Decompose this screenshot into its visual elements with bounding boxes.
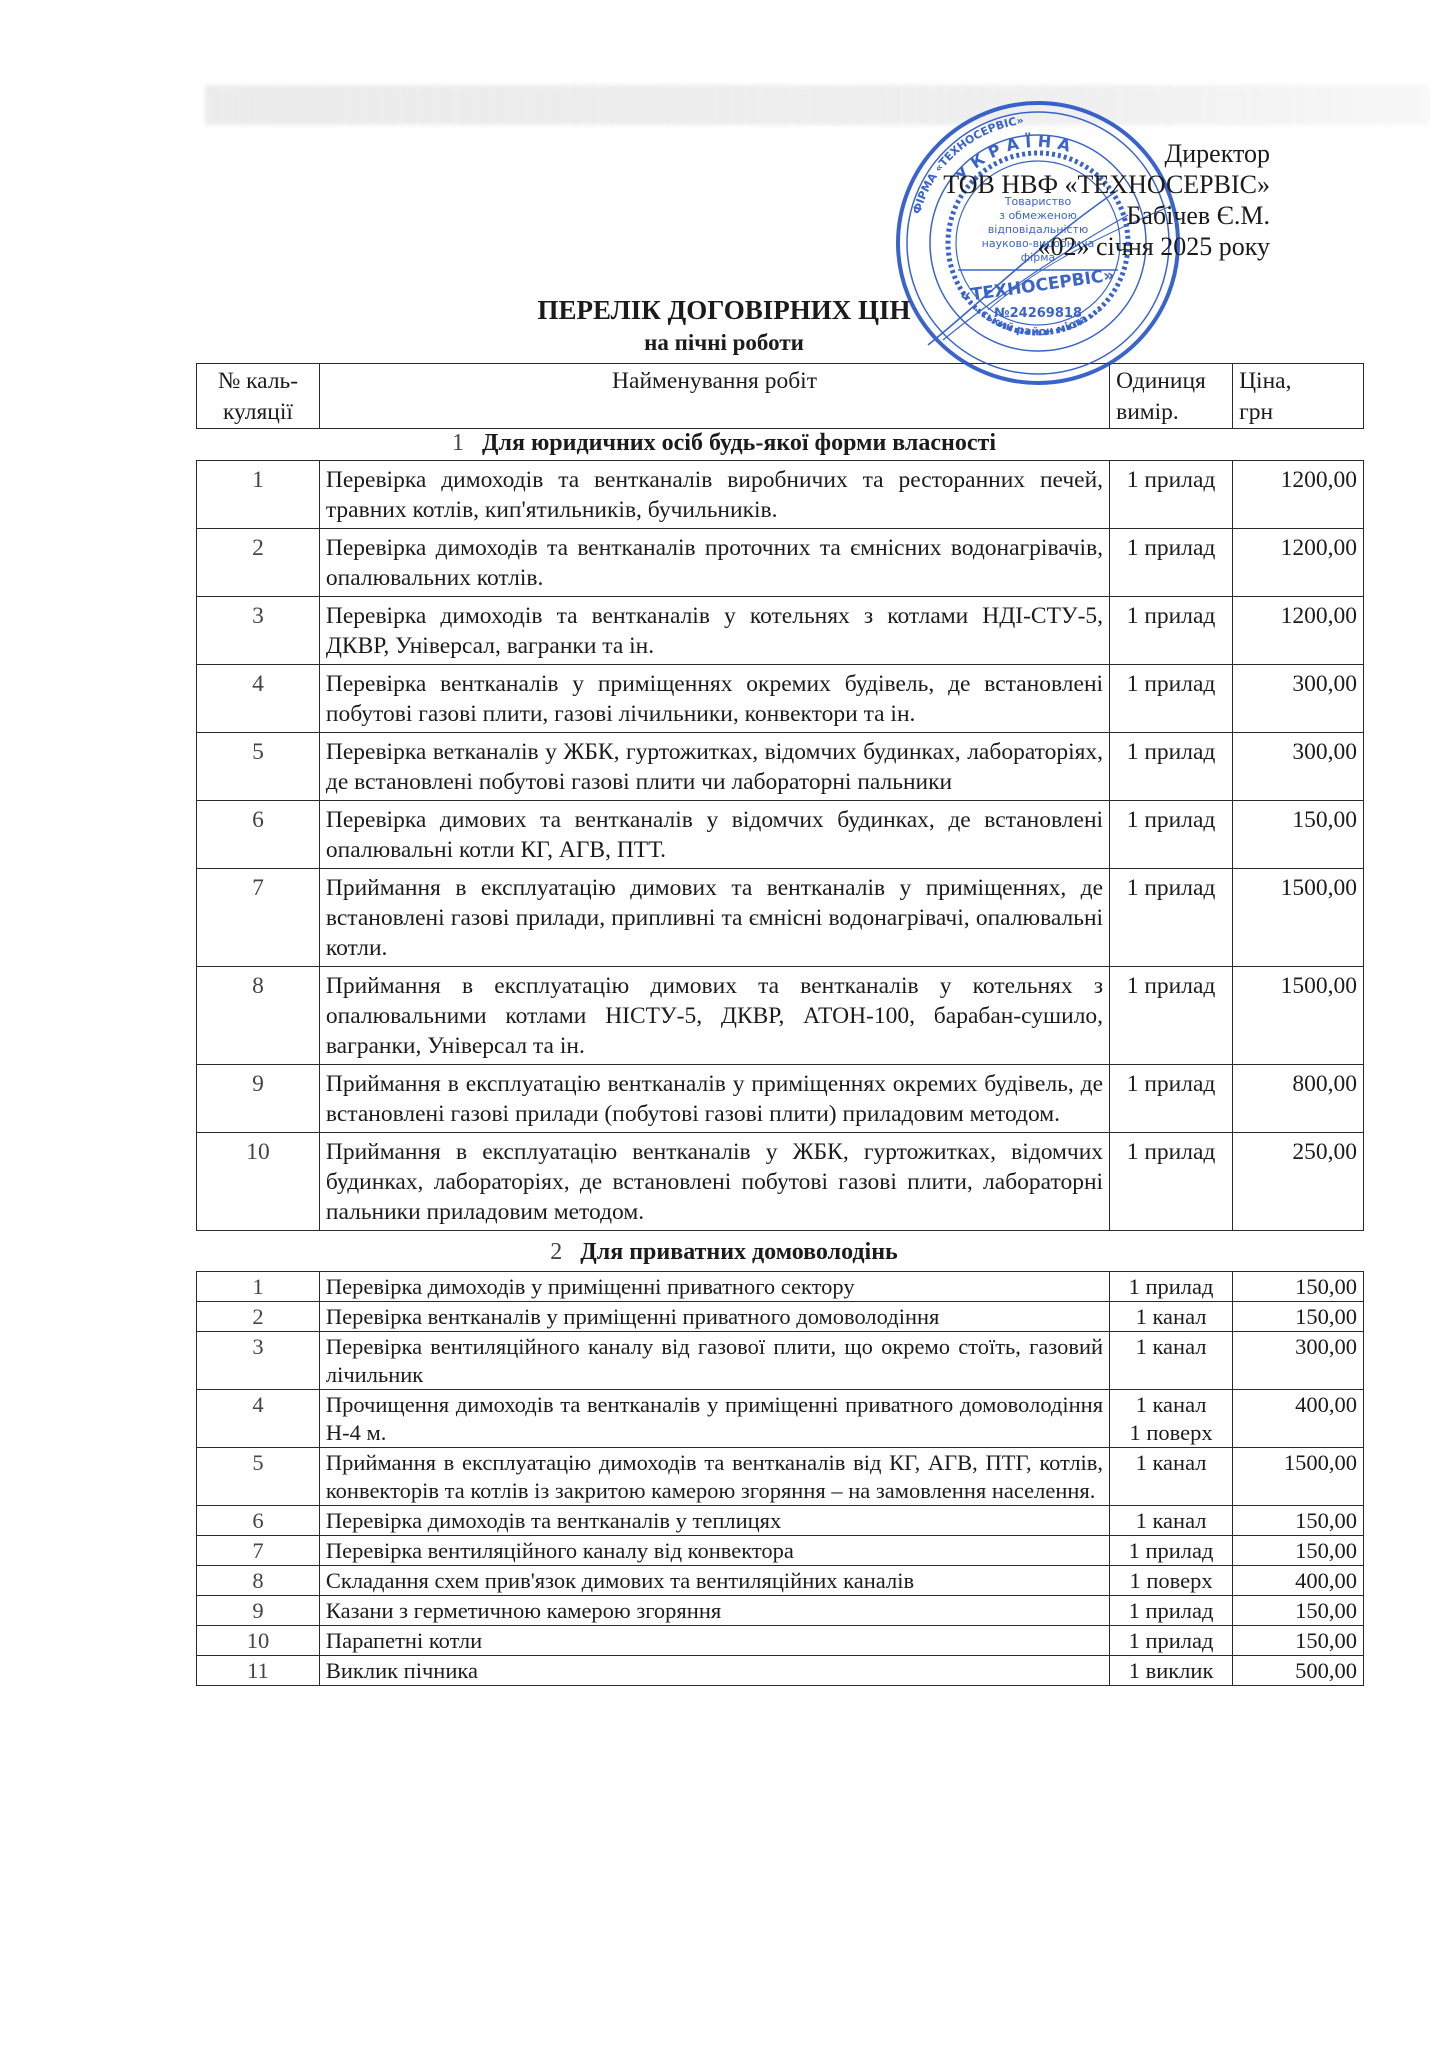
row-work-name: Казани з герметичною камерою згоряння <box>319 1596 1109 1626</box>
row-unit: 1 поверх <box>1110 1566 1233 1596</box>
section-2-table: 1Перевірка димоходів у приміщенні приват… <box>196 1271 1364 1686</box>
row-price: 150,00 <box>1233 1536 1364 1566</box>
row-price: 150,00 <box>1233 1506 1364 1536</box>
header-price-line1: Ціна, <box>1239 366 1357 397</box>
table-row: 2Перевірка вентканалів у приміщенні прив… <box>197 1302 1364 1332</box>
row-unit: 1 канал <box>1110 1302 1233 1332</box>
row-calc-number: 9 <box>197 1596 320 1626</box>
row-unit: 1 канал <box>1110 1332 1233 1390</box>
table-row: 4Перевірка вентканалів у приміщеннях окр… <box>197 665 1364 733</box>
section-1-title-text: Для юридичних осіб будь-якої форми власн… <box>482 430 996 456</box>
row-price: 150,00 <box>1233 1626 1364 1656</box>
row-work-name: Парапетні котли <box>319 1626 1109 1656</box>
row-work-name: Перевірка вентиляційного каналу від конв… <box>319 1536 1109 1566</box>
row-work-name: Перевірка вентканалів у приміщенні прива… <box>319 1302 1109 1332</box>
row-price: 150,00 <box>1233 1272 1364 1302</box>
scan-smudge <box>205 85 1430 125</box>
row-unit: 1 канал <box>1110 1448 1233 1506</box>
table-row: 9Казани з герметичною камерою згоряння1 … <box>197 1596 1364 1626</box>
row-work-name: Прочищення димоходів та вентканалів у пр… <box>319 1390 1109 1448</box>
header-calc-number-line1: № каль- <box>203 366 313 397</box>
row-work-name: Перевірка вентканалів у приміщеннях окре… <box>319 665 1109 733</box>
table-row: 4Прочищення димоходів та вентканалів у п… <box>197 1390 1364 1448</box>
svg-text:№24269818: №24269818 <box>994 306 1082 321</box>
row-unit: 1 прилад <box>1110 801 1233 869</box>
row-price: 150,00 <box>1233 1596 1364 1626</box>
svg-text:«ТЕХНОСЕРВІС»: «ТЕХНОСЕРВІС» <box>959 265 1116 306</box>
approval-block: Директор ТОВ НВФ «ТЕХНОСЕРВІС» Бабічев Є… <box>880 138 1270 262</box>
row-calc-number: 1 <box>197 461 320 529</box>
row-price: 300,00 <box>1233 1332 1364 1390</box>
row-unit: 1 прилад <box>1110 733 1233 801</box>
row-unit: 1 прилад <box>1110 665 1233 733</box>
row-unit: 1 прилад <box>1110 1272 1233 1302</box>
row-price: 400,00 <box>1233 1390 1364 1448</box>
approval-company: ТОВ НВФ «ТЕХНОСЕРВІС» <box>880 169 1270 200</box>
document-title: ПЕРЕЛІК ДОГОВІРНИХ ЦІН <box>0 295 1448 326</box>
row-price: 500,00 <box>1233 1656 1364 1686</box>
row-calc-number: 9 <box>197 1065 320 1133</box>
row-price: 1500,00 <box>1233 869 1364 967</box>
row-work-name: Перевірка вентиляційного каналу від газо… <box>319 1332 1109 1390</box>
row-unit: 1 прилад <box>1110 869 1233 967</box>
row-calc-number: 6 <box>197 801 320 869</box>
row-work-name: Перевірка димових та вентканалів у відом… <box>319 801 1109 869</box>
row-work-name: Приймання в експлуатацію вентканалів у Ж… <box>319 1133 1109 1231</box>
row-work-name: Приймання в експлуатацію димових та вент… <box>319 869 1109 967</box>
section-2-title-text: Для приватних домоволодінь <box>580 1239 897 1265</box>
row-unit: 1 прилад <box>1110 1133 1233 1231</box>
row-calc-number: 11 <box>197 1656 320 1686</box>
row-calc-number: 4 <box>197 665 320 733</box>
row-work-name: Перевірка димоходів у приміщенні приватн… <box>319 1272 1109 1302</box>
section-1-table: 1Перевірка димоходів та вентканалів виро… <box>196 460 1364 1231</box>
row-calc-number: 3 <box>197 1332 320 1390</box>
section-1-number: 1 <box>452 430 464 456</box>
row-work-name: Перевірка ветканалів у ЖБК, гуртожитках,… <box>319 733 1109 801</box>
row-work-name: Перевірка димоходів та вентканалів у теп… <box>319 1506 1109 1536</box>
row-calc-number: 10 <box>197 1626 320 1656</box>
row-price: 800,00 <box>1233 1065 1364 1133</box>
row-calc-number: 6 <box>197 1506 320 1536</box>
row-calc-number: 3 <box>197 597 320 665</box>
row-work-name: Перевірка димоходів та вентканалів вироб… <box>319 461 1109 529</box>
row-unit: 1 прилад <box>1110 461 1233 529</box>
document-subtitle: на пічні роботи <box>0 330 1448 356</box>
row-price: 250,00 <box>1233 1133 1364 1231</box>
row-price: 400,00 <box>1233 1566 1364 1596</box>
approval-position: Директор <box>880 138 1270 169</box>
table-row: 3Перевірка вентиляційного каналу від газ… <box>197 1332 1364 1390</box>
row-work-name: Виклик пічника <box>319 1656 1109 1686</box>
table-row: 2Перевірка димоходів та вентканалів прот… <box>197 529 1364 597</box>
table-row: 1Перевірка димоходів та вентканалів виро… <box>197 461 1364 529</box>
header-calc-number-line2: куляції <box>203 397 313 428</box>
header-calc-number: № каль- куляції <box>197 364 320 429</box>
row-unit-line1: 1 канал <box>1116 1391 1226 1419</box>
row-calc-number: 8 <box>197 967 320 1065</box>
row-work-name: Перевірка димоходів та вентканалів у кот… <box>319 597 1109 665</box>
row-unit: 1 прилад <box>1110 597 1233 665</box>
row-work-name: Приймання в експлуатацію димоходів та ве… <box>319 1448 1109 1506</box>
price-table-header: № каль- куляції Найменування робіт Одини… <box>196 363 1364 429</box>
table-row: 7Перевірка вентиляційного каналу від кон… <box>197 1536 1364 1566</box>
row-price: 1200,00 <box>1233 461 1364 529</box>
approval-date: «02» січня 2025 року <box>880 231 1270 262</box>
row-calc-number: 4 <box>197 1390 320 1448</box>
row-calc-number: 10 <box>197 1133 320 1231</box>
row-work-name: Приймання в експлуатацію вентканалів у п… <box>319 1065 1109 1133</box>
row-unit: 1 прилад <box>1110 1065 1233 1133</box>
row-calc-number: 1 <box>197 1272 320 1302</box>
row-work-name: Приймання в експлуатацію димових та вент… <box>319 967 1109 1065</box>
row-price: 1200,00 <box>1233 529 1364 597</box>
table-row: 5Перевірка ветканалів у ЖБК, гуртожитках… <box>197 733 1364 801</box>
row-unit: 1 прилад <box>1110 967 1233 1065</box>
row-unit: 1 канал1 поверх <box>1110 1390 1233 1448</box>
row-unit: 1 канал <box>1110 1506 1233 1536</box>
section-2-number: 2 <box>550 1239 562 1265</box>
table-row: 6Перевірка димових та вентканалів у відо… <box>197 801 1364 869</box>
table-row: 10Парапетні котли1 прилад150,00 <box>197 1626 1364 1656</box>
row-calc-number: 2 <box>197 1302 320 1332</box>
table-row: 10Приймання в експлуатацію вентканалів у… <box>197 1133 1364 1231</box>
section-2-title: 2Для приватних домоволодінь <box>0 1239 1448 1266</box>
table-row: 11Виклик пічника1 виклик500,00 <box>197 1656 1364 1686</box>
header-price-line2: грн <box>1239 397 1357 428</box>
table-row: 1Перевірка димоходів у приміщенні приват… <box>197 1272 1364 1302</box>
section-1-title: 1Для юридичних осіб будь-якої форми влас… <box>0 430 1448 457</box>
header-unit-line2: вимір. <box>1116 397 1226 428</box>
row-calc-number: 8 <box>197 1566 320 1596</box>
row-unit: 1 прилад <box>1110 529 1233 597</box>
table-row: 6Перевірка димоходів та вентканалів у те… <box>197 1506 1364 1536</box>
row-calc-number: 7 <box>197 1536 320 1566</box>
row-unit: 1 прилад <box>1110 1596 1233 1626</box>
row-work-name: Перевірка димоходів та вентканалів прото… <box>319 529 1109 597</box>
row-calc-number: 5 <box>197 1448 320 1506</box>
row-calc-number: 7 <box>197 869 320 967</box>
table-row: 5Приймання в експлуатацію димоходів та в… <box>197 1448 1364 1506</box>
row-price: 150,00 <box>1233 1302 1364 1332</box>
row-unit: 1 виклик <box>1110 1656 1233 1686</box>
table-row: 3Перевірка димоходів та вентканалів у ко… <box>197 597 1364 665</box>
row-unit: 1 прилад <box>1110 1626 1233 1656</box>
table-row: 8Приймання в експлуатацію димових та вен… <box>197 967 1364 1065</box>
row-price: 1200,00 <box>1233 597 1364 665</box>
table-row: 9Приймання в експлуатацію вентканалів у … <box>197 1065 1364 1133</box>
row-work-name: Складання схем прив'язок димових та вент… <box>319 1566 1109 1596</box>
row-price: 1500,00 <box>1233 1448 1364 1506</box>
row-calc-number: 5 <box>197 733 320 801</box>
row-calc-number: 2 <box>197 529 320 597</box>
row-unit-line2: 1 поверх <box>1116 1419 1226 1447</box>
row-price: 150,00 <box>1233 801 1364 869</box>
header-price: Ціна, грн <box>1233 364 1364 429</box>
table-row: 8Складання схем прив'язок димових та вен… <box>197 1566 1364 1596</box>
row-price: 1500,00 <box>1233 967 1364 1065</box>
approval-signatory: Бабічев Є.М. <box>880 200 1270 231</box>
row-price: 300,00 <box>1233 733 1364 801</box>
row-price: 300,00 <box>1233 665 1364 733</box>
table-row: 7Приймання в експлуатацію димових та вен… <box>197 869 1364 967</box>
row-unit: 1 прилад <box>1110 1536 1233 1566</box>
